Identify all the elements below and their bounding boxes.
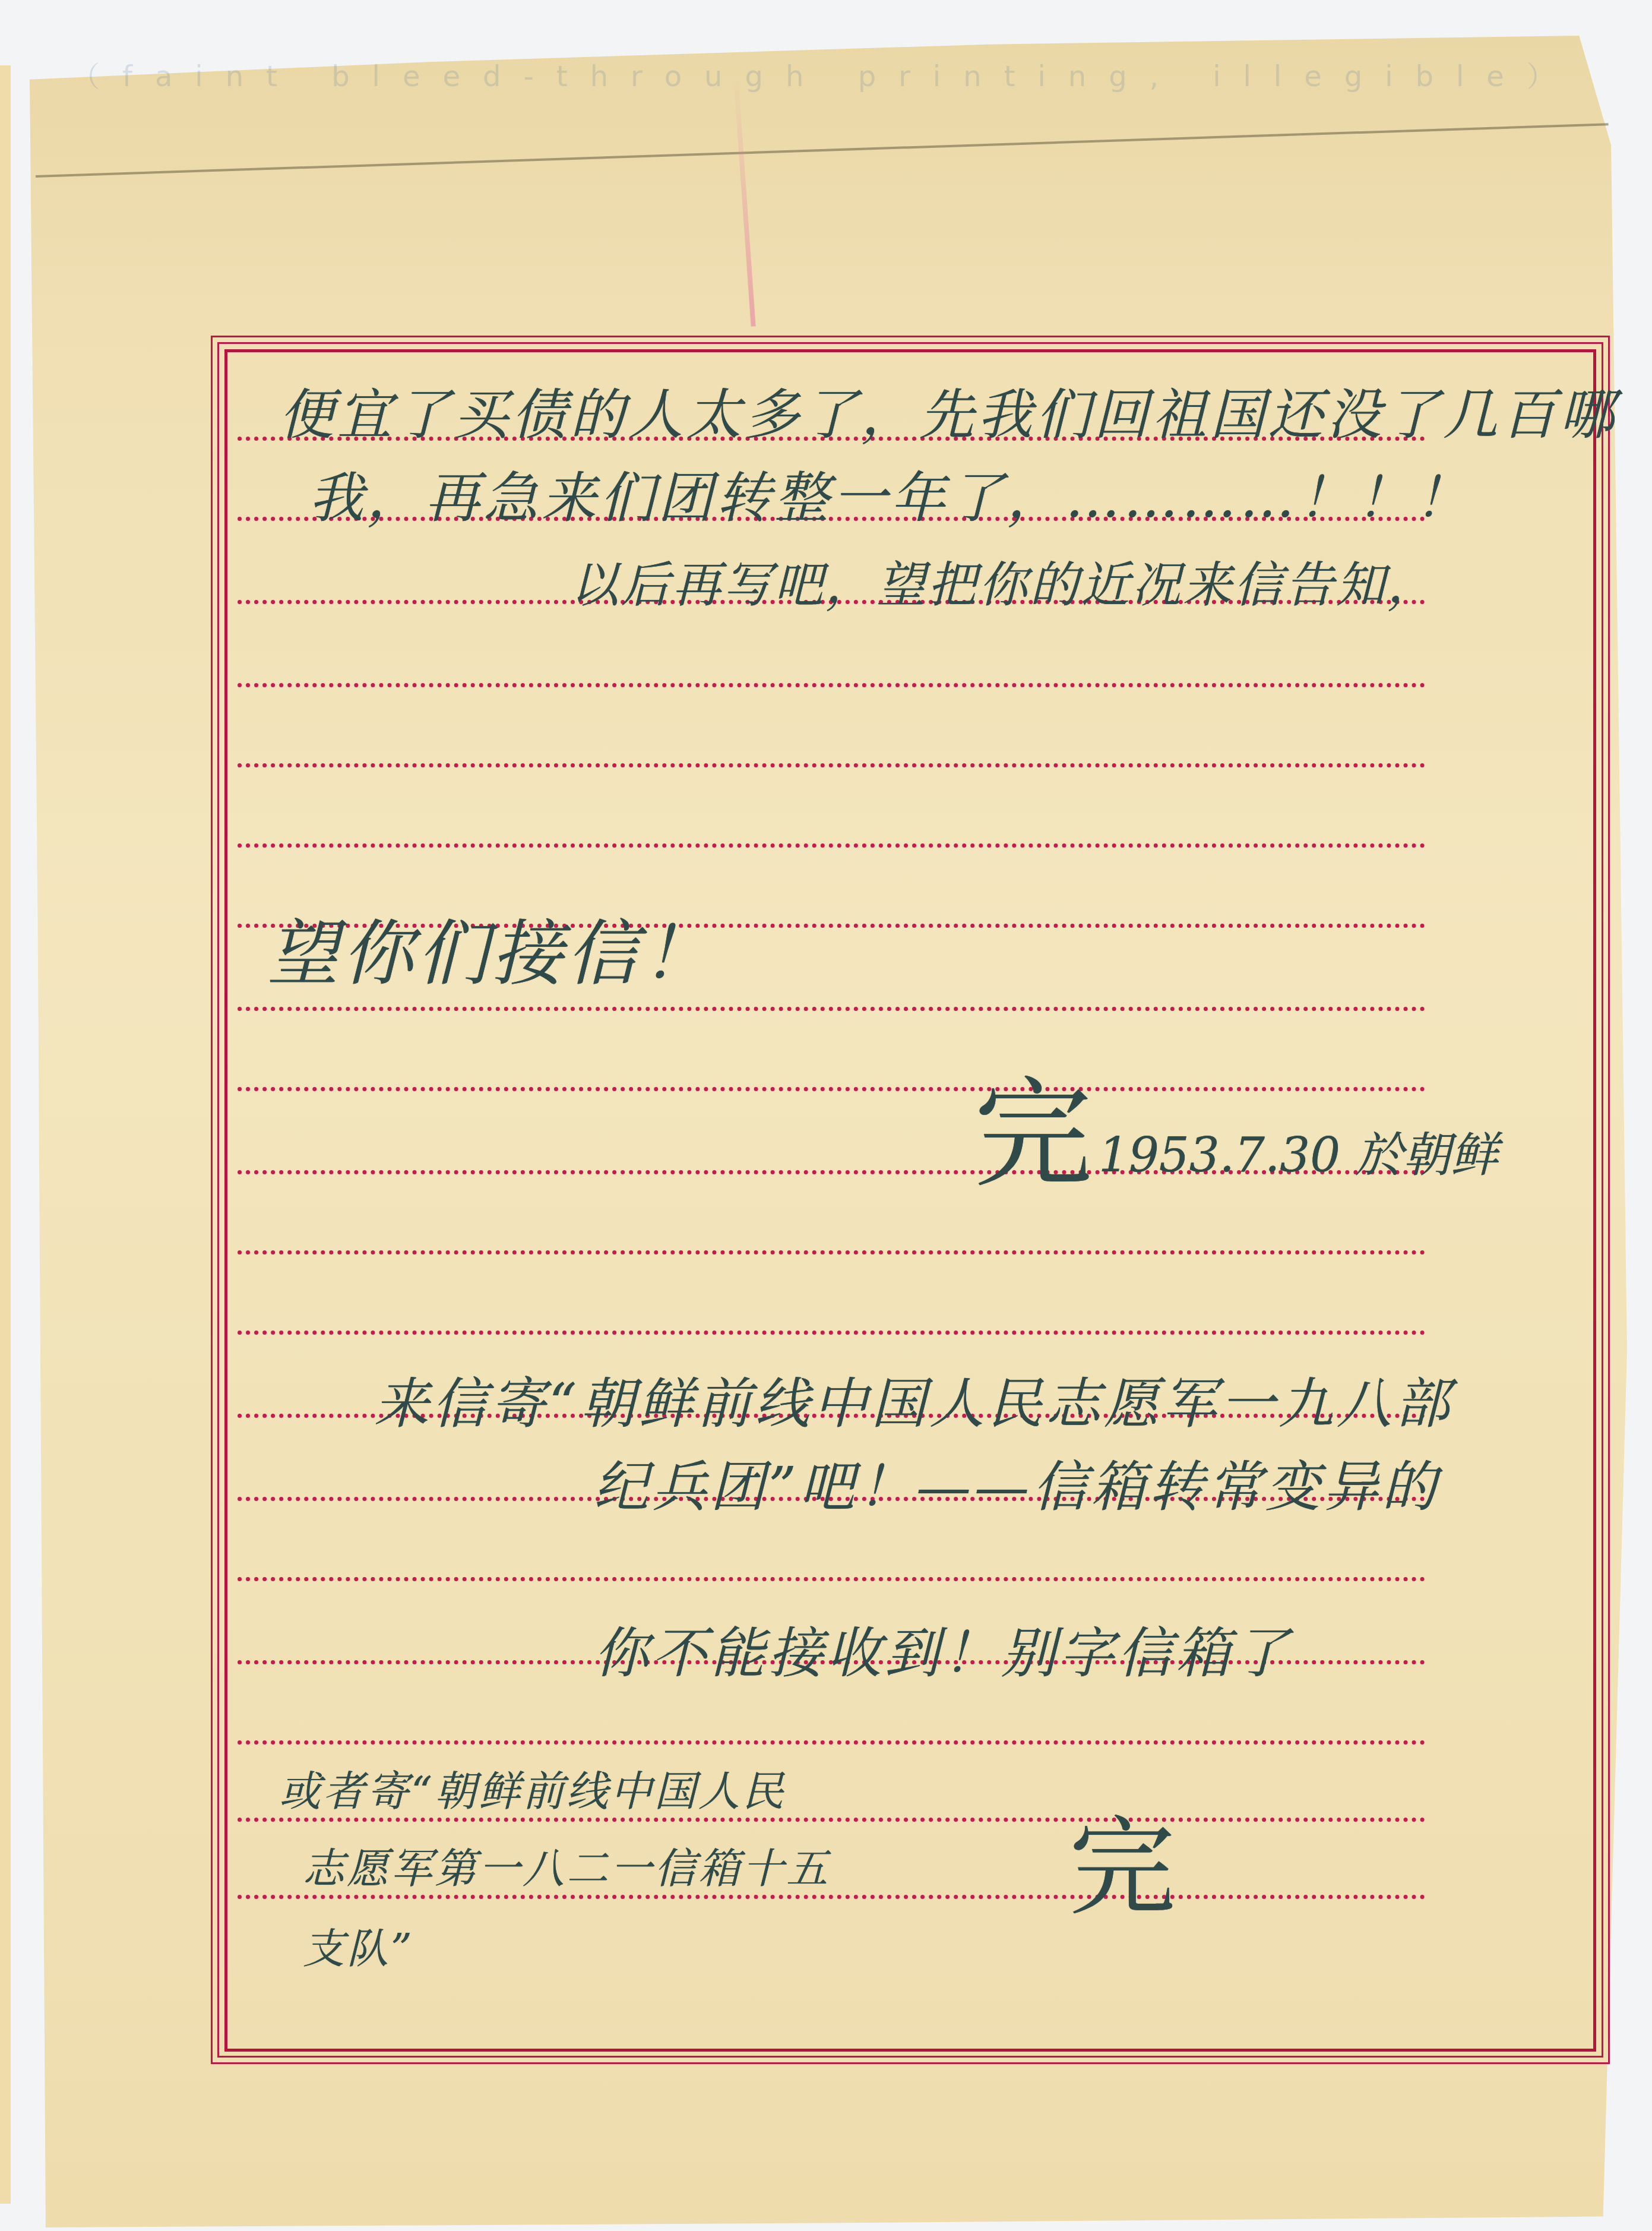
ps-line-2: 纪兵团”吧！——信箱转常变异的: [594, 1443, 1440, 1522]
ps-line-3: 你不能接收到！别字信箱了: [594, 1610, 1292, 1688]
ruled-line: [238, 1087, 1425, 1091]
signature: 完: [974, 1039, 1093, 1210]
address-line-1: 或者寄“朝鲜前线中国人民: [279, 1758, 786, 1818]
body-line-2: 我，再急来们团转整一年了，…………！！！: [309, 454, 1473, 533]
address-line-2: 志愿军第一八二一信箱十五: [303, 1835, 830, 1895]
ruled-line: [238, 1818, 1425, 1822]
ps-line-1: 来信寄“朝鲜前线中国人民志愿军一九八部: [374, 1360, 1453, 1439]
ruled-line: [238, 763, 1425, 767]
body-line-3: 以后再写吧，望把你的近况来信告知，: [570, 546, 1438, 616]
ruled-line: [238, 683, 1425, 687]
signature-2: 完: [1069, 1782, 1176, 1935]
ruled-line: [238, 1007, 1425, 1011]
body-line-1: 便宜了买债的人太多了，先我们回祖国还没了几百哪: [279, 371, 1618, 450]
ruled-line: [238, 1577, 1425, 1581]
ruled-line: [238, 1250, 1425, 1254]
date-place: 1953.7.30 於朝鲜: [1099, 1117, 1498, 1185]
adjacent-page-edge: [0, 65, 11, 2204]
ruled-line: [238, 1895, 1425, 1899]
ruled-line: [238, 843, 1425, 848]
ruled-line: [238, 1331, 1425, 1335]
address-line-3: 支队”: [303, 1916, 414, 1976]
ruled-line: [238, 1740, 1425, 1745]
closing-greeting: 望你们接信！: [267, 897, 716, 999]
